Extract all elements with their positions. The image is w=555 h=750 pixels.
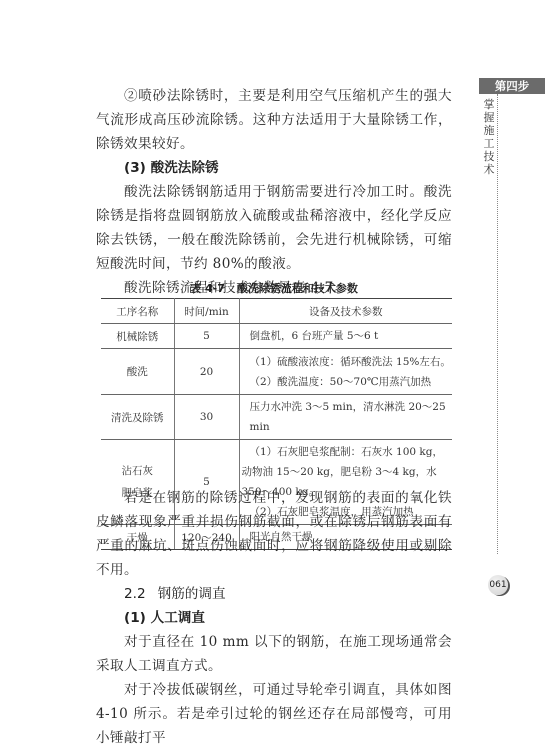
process-line: 沾石灰 xyxy=(101,460,174,482)
cell-params: （1）硫酸液浓度：循环酸洗法 15%左右。 （2）酸洗温度：50～70℃用蒸汽加… xyxy=(239,349,452,395)
chapter-tab: 第四步 xyxy=(479,78,545,94)
cell-process: 酸洗 xyxy=(101,349,174,395)
paragraph-manual: 对于直径在 10 mm 以下的钢筋，在施工现场通常会采取人工调直方式。 xyxy=(96,630,452,678)
page-number-badge: 061 xyxy=(488,575,508,595)
table-title: 酸洗除锈流程和技术参数 xyxy=(237,282,358,295)
vertical-char: 技 xyxy=(482,150,496,163)
cell-process: 清洗及除锈 xyxy=(101,395,174,440)
paragraph-acid-wash: 酸洗法除锈钢筋适用于钢筋需要进行冷加工时。酸洗除锈是指将盘圆钢筋放入硫酸或盐稀溶… xyxy=(96,180,452,276)
cell-process: 机械除锈 xyxy=(101,324,174,349)
header-process: 工序名称 xyxy=(101,299,174,324)
paragraph-downgrade: 若是在钢筋的除锈过程中，发现钢筋的表面的氧化铁皮鳞落现象严重并损伤钢筋截面，或在… xyxy=(96,486,452,582)
bottom-body-text: 若是在钢筋的除锈过程中，发现钢筋的表面的氧化铁皮鳞落现象严重并损伤钢筋截面，或在… xyxy=(96,486,452,750)
section-heading: 2.2钢筋的调直 xyxy=(96,582,452,606)
cell-params: 倒盘机，6 台班产量 5～6 t xyxy=(239,324,452,349)
section-title: 钢筋的调直 xyxy=(158,586,226,602)
cell-time: 5 xyxy=(174,324,239,349)
cell-time: 20 xyxy=(174,349,239,395)
chapter-vertical-title: 掌 握 施 工 技 术 xyxy=(482,98,496,176)
vertical-char: 工 xyxy=(482,137,496,150)
table-row: 酸洗 20 （1）硫酸液浓度：循环酸洗法 15%左右。 （2）酸洗温度：50～7… xyxy=(101,349,452,395)
param-line: （1）硫酸液浓度：循环酸洗法 15%左右。 xyxy=(250,352,453,372)
table-row: 机械除锈 5 倒盘机，6 台班产量 5～6 t xyxy=(101,324,452,349)
header-params: 设备及技术参数 xyxy=(239,299,452,324)
vertical-char: 施 xyxy=(482,124,496,137)
cell-params: 压力水冲洗 3～5 min，清水淋洗 20～25 min xyxy=(239,395,452,440)
side-dotted-divider xyxy=(497,94,498,554)
table-header-row: 工序名称 时间/min 设备及技术参数 xyxy=(101,299,452,324)
table-row: 清洗及除锈 30 压力水冲洗 3～5 min，清水淋洗 20～25 min xyxy=(101,395,452,440)
paragraph-sandblast: ②喷砂法除锈时，主要是利用空气压缩机产生的强大气流形成高压砂流除锈。这种方法适用… xyxy=(96,84,452,156)
top-body-text: ②喷砂法除锈时，主要是利用空气压缩机产生的强大气流形成高压砂流除锈。这种方法适用… xyxy=(96,84,452,300)
vertical-char: 术 xyxy=(482,163,496,176)
header-time: 时间/min xyxy=(174,299,239,324)
table-caption: 表 4-7酸洗除锈流程和技术参数 xyxy=(96,280,452,296)
table-number: 表 4-7 xyxy=(190,282,225,295)
param-line: 压力水冲洗 3～5 min，清水淋洗 20～25 min xyxy=(250,397,453,437)
vertical-char: 掌 xyxy=(482,98,496,111)
vertical-char: 握 xyxy=(482,111,496,124)
subheading-acid-wash: (3) 酸洗法除锈 xyxy=(96,156,452,180)
param-line: （2）酸洗温度：50～70℃用蒸汽加热 xyxy=(250,372,453,392)
subheading-manual-straightening: (1) 人工调直 xyxy=(96,606,452,630)
section-number: 2.2 xyxy=(124,586,146,602)
cell-time: 30 xyxy=(174,395,239,440)
param-line: 倒盘机，6 台班产量 5～6 t xyxy=(250,326,453,346)
paragraph-cold-drawn: 对于冷拔低碳钢丝，可通过导轮牵引调直，具体如图 4-10 所示。若是牵引过轮的钢… xyxy=(96,678,452,750)
